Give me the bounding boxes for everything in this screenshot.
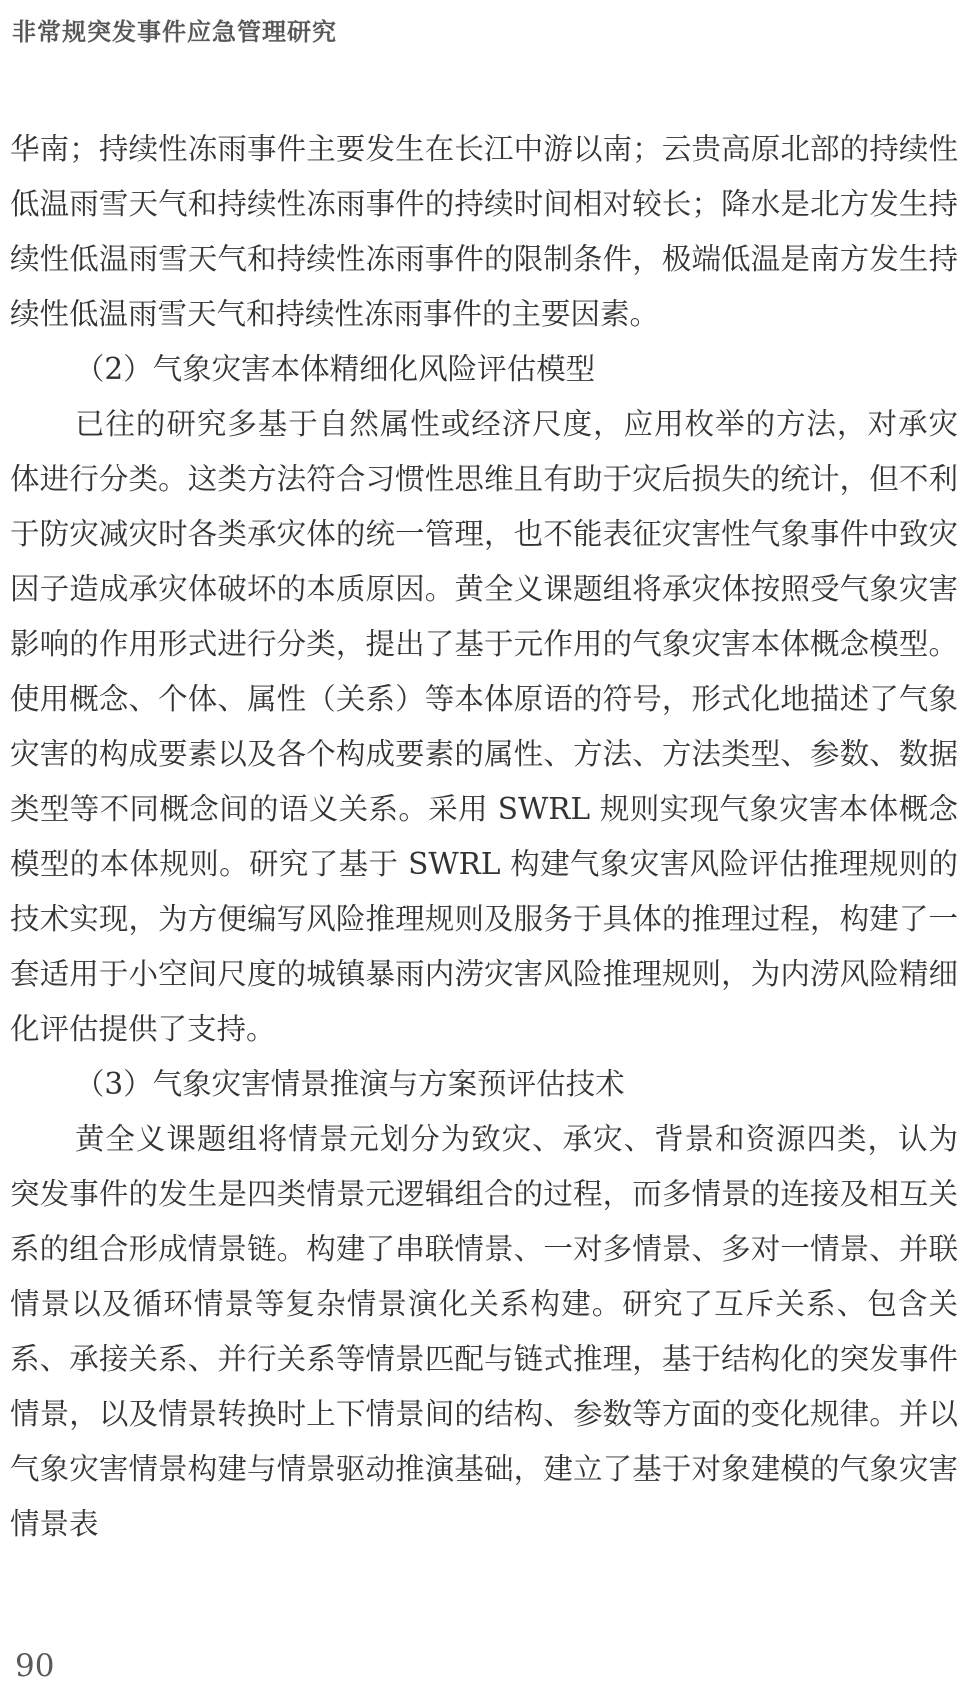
section-heading-2: （2）气象灾害本体精细化风险评估模型 <box>10 342 958 397</box>
paragraph-scenario-deduction: 黄全义课题组将情景元划分为致灾、承灾、背景和资源四类，认为突发事件的发生是四类情… <box>10 1112 958 1552</box>
body-text-block: 华南；持续性冻雨事件主要发生在长江中游以南；云贵高原北部的持续性低温雨雪天气和持… <box>10 122 958 1552</box>
paragraph-ontology-risk-model: 已往的研究多基于自然属性或经济尺度，应用枚举的方法，对承灾体进行分类。这类方法符… <box>10 397 958 1057</box>
page-number: 90 <box>15 1648 54 1684</box>
running-header: 非常规突发事件应急管理研究 <box>12 16 337 48</box>
paragraph-continuation: 华南；持续性冻雨事件主要发生在长江中游以南；云贵高原北部的持续性低温雨雪天气和持… <box>10 122 958 342</box>
section-heading-3: （3）气象灾害情景推演与方案预评估技术 <box>10 1057 958 1112</box>
